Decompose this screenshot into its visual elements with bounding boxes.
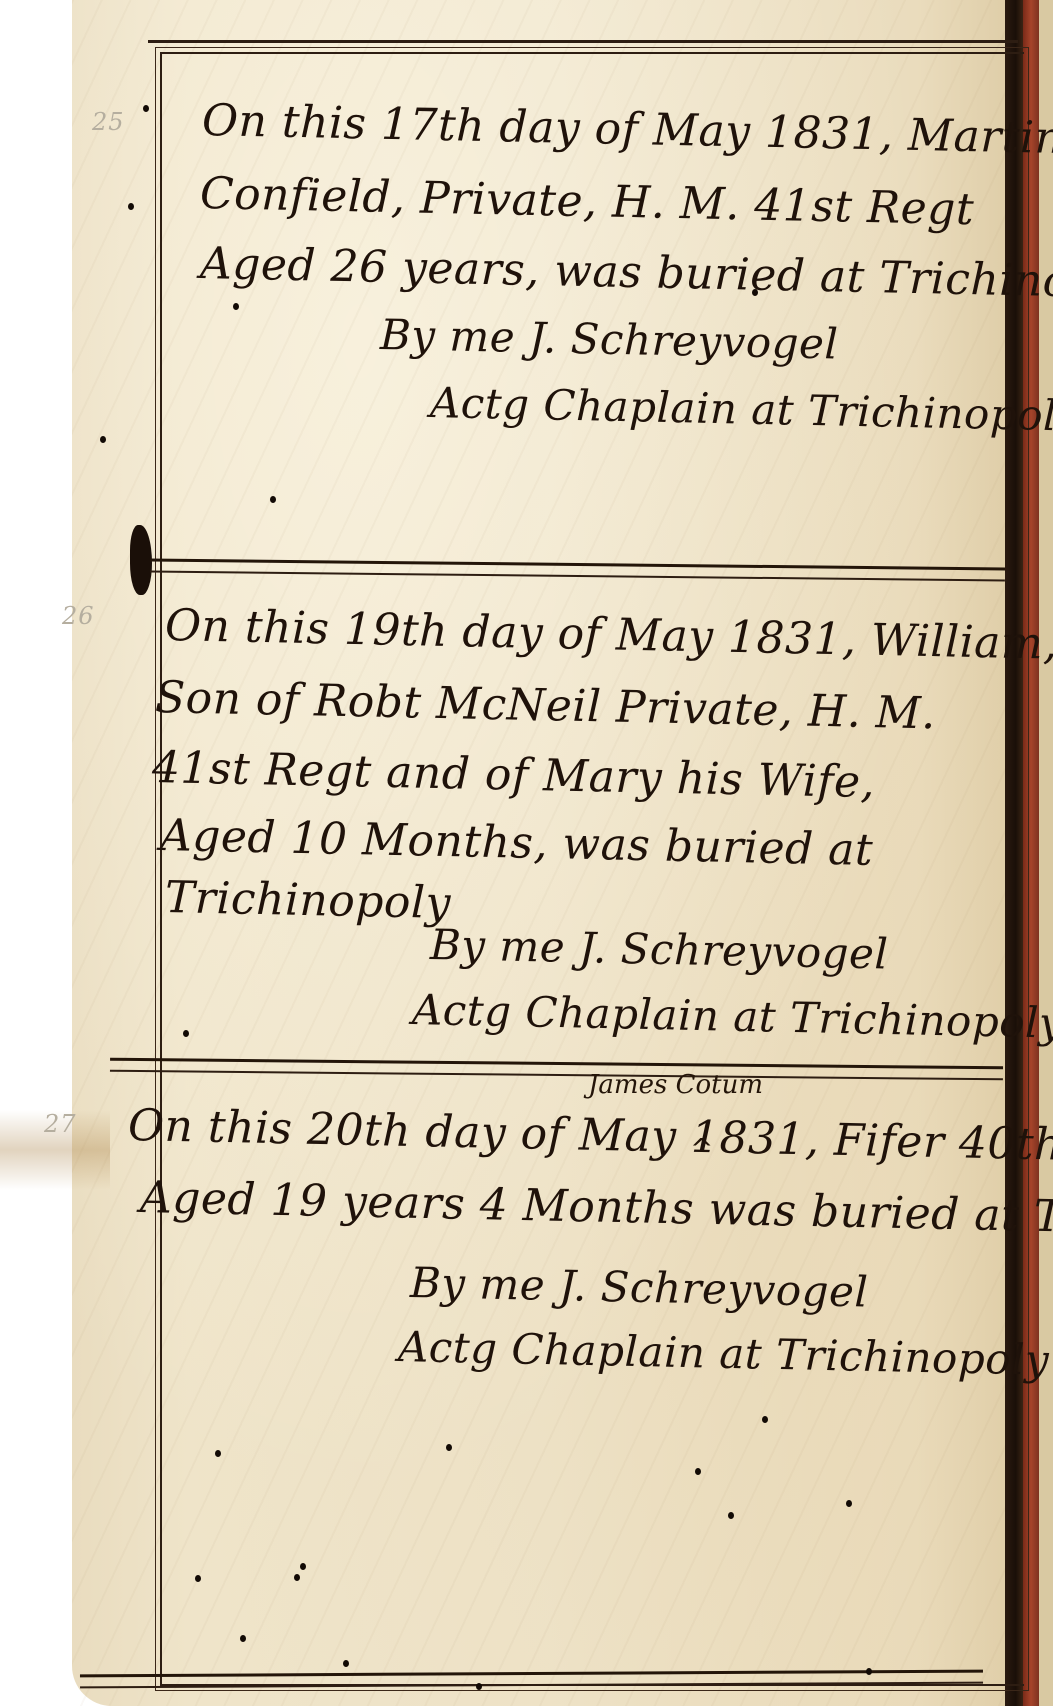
ink-speck: [846, 1500, 852, 1507]
ink-speck: [100, 436, 106, 443]
ink-speck: [294, 1574, 300, 1581]
ink-speck: [183, 1030, 189, 1037]
ink-speck: [866, 1668, 872, 1675]
ink-speck: [195, 1575, 201, 1582]
ink-speck: [728, 1512, 734, 1519]
margin-number-25: 25: [92, 108, 125, 136]
scanned-register-page: 25 26 27 On this 17th day of May 1831, M…: [0, 0, 1053, 1706]
margin-number-27: 27: [44, 1110, 77, 1138]
ink-speck: [128, 203, 134, 210]
entry-26-signature: By me J. Schreyvogel: [429, 920, 888, 979]
ink-speck: [143, 105, 149, 112]
margin-number-26: 26: [62, 602, 95, 630]
frame-top-rule: [148, 40, 1018, 43]
ink-speck: [476, 1683, 482, 1690]
ink-speck: [446, 1444, 452, 1451]
entry-25-signature: By me J. Schreyvogel: [379, 310, 838, 369]
entry-27-signature: By me J. Schreyvogel: [409, 1258, 868, 1317]
entry-26-line-5: Trichinopoly: [164, 872, 451, 929]
ink-speck: [215, 1450, 221, 1457]
ink-speck: [695, 1468, 701, 1475]
entry-27-interlineation: James Cotum: [588, 1070, 763, 1100]
ink-speck: [762, 1416, 768, 1423]
ink-speck: [752, 289, 758, 296]
ink-speck: [300, 1563, 306, 1570]
ink-speck: [240, 1635, 246, 1642]
ink-speck: [270, 496, 276, 503]
ink-speck: [233, 303, 239, 310]
ink-speck: [343, 1660, 349, 1667]
